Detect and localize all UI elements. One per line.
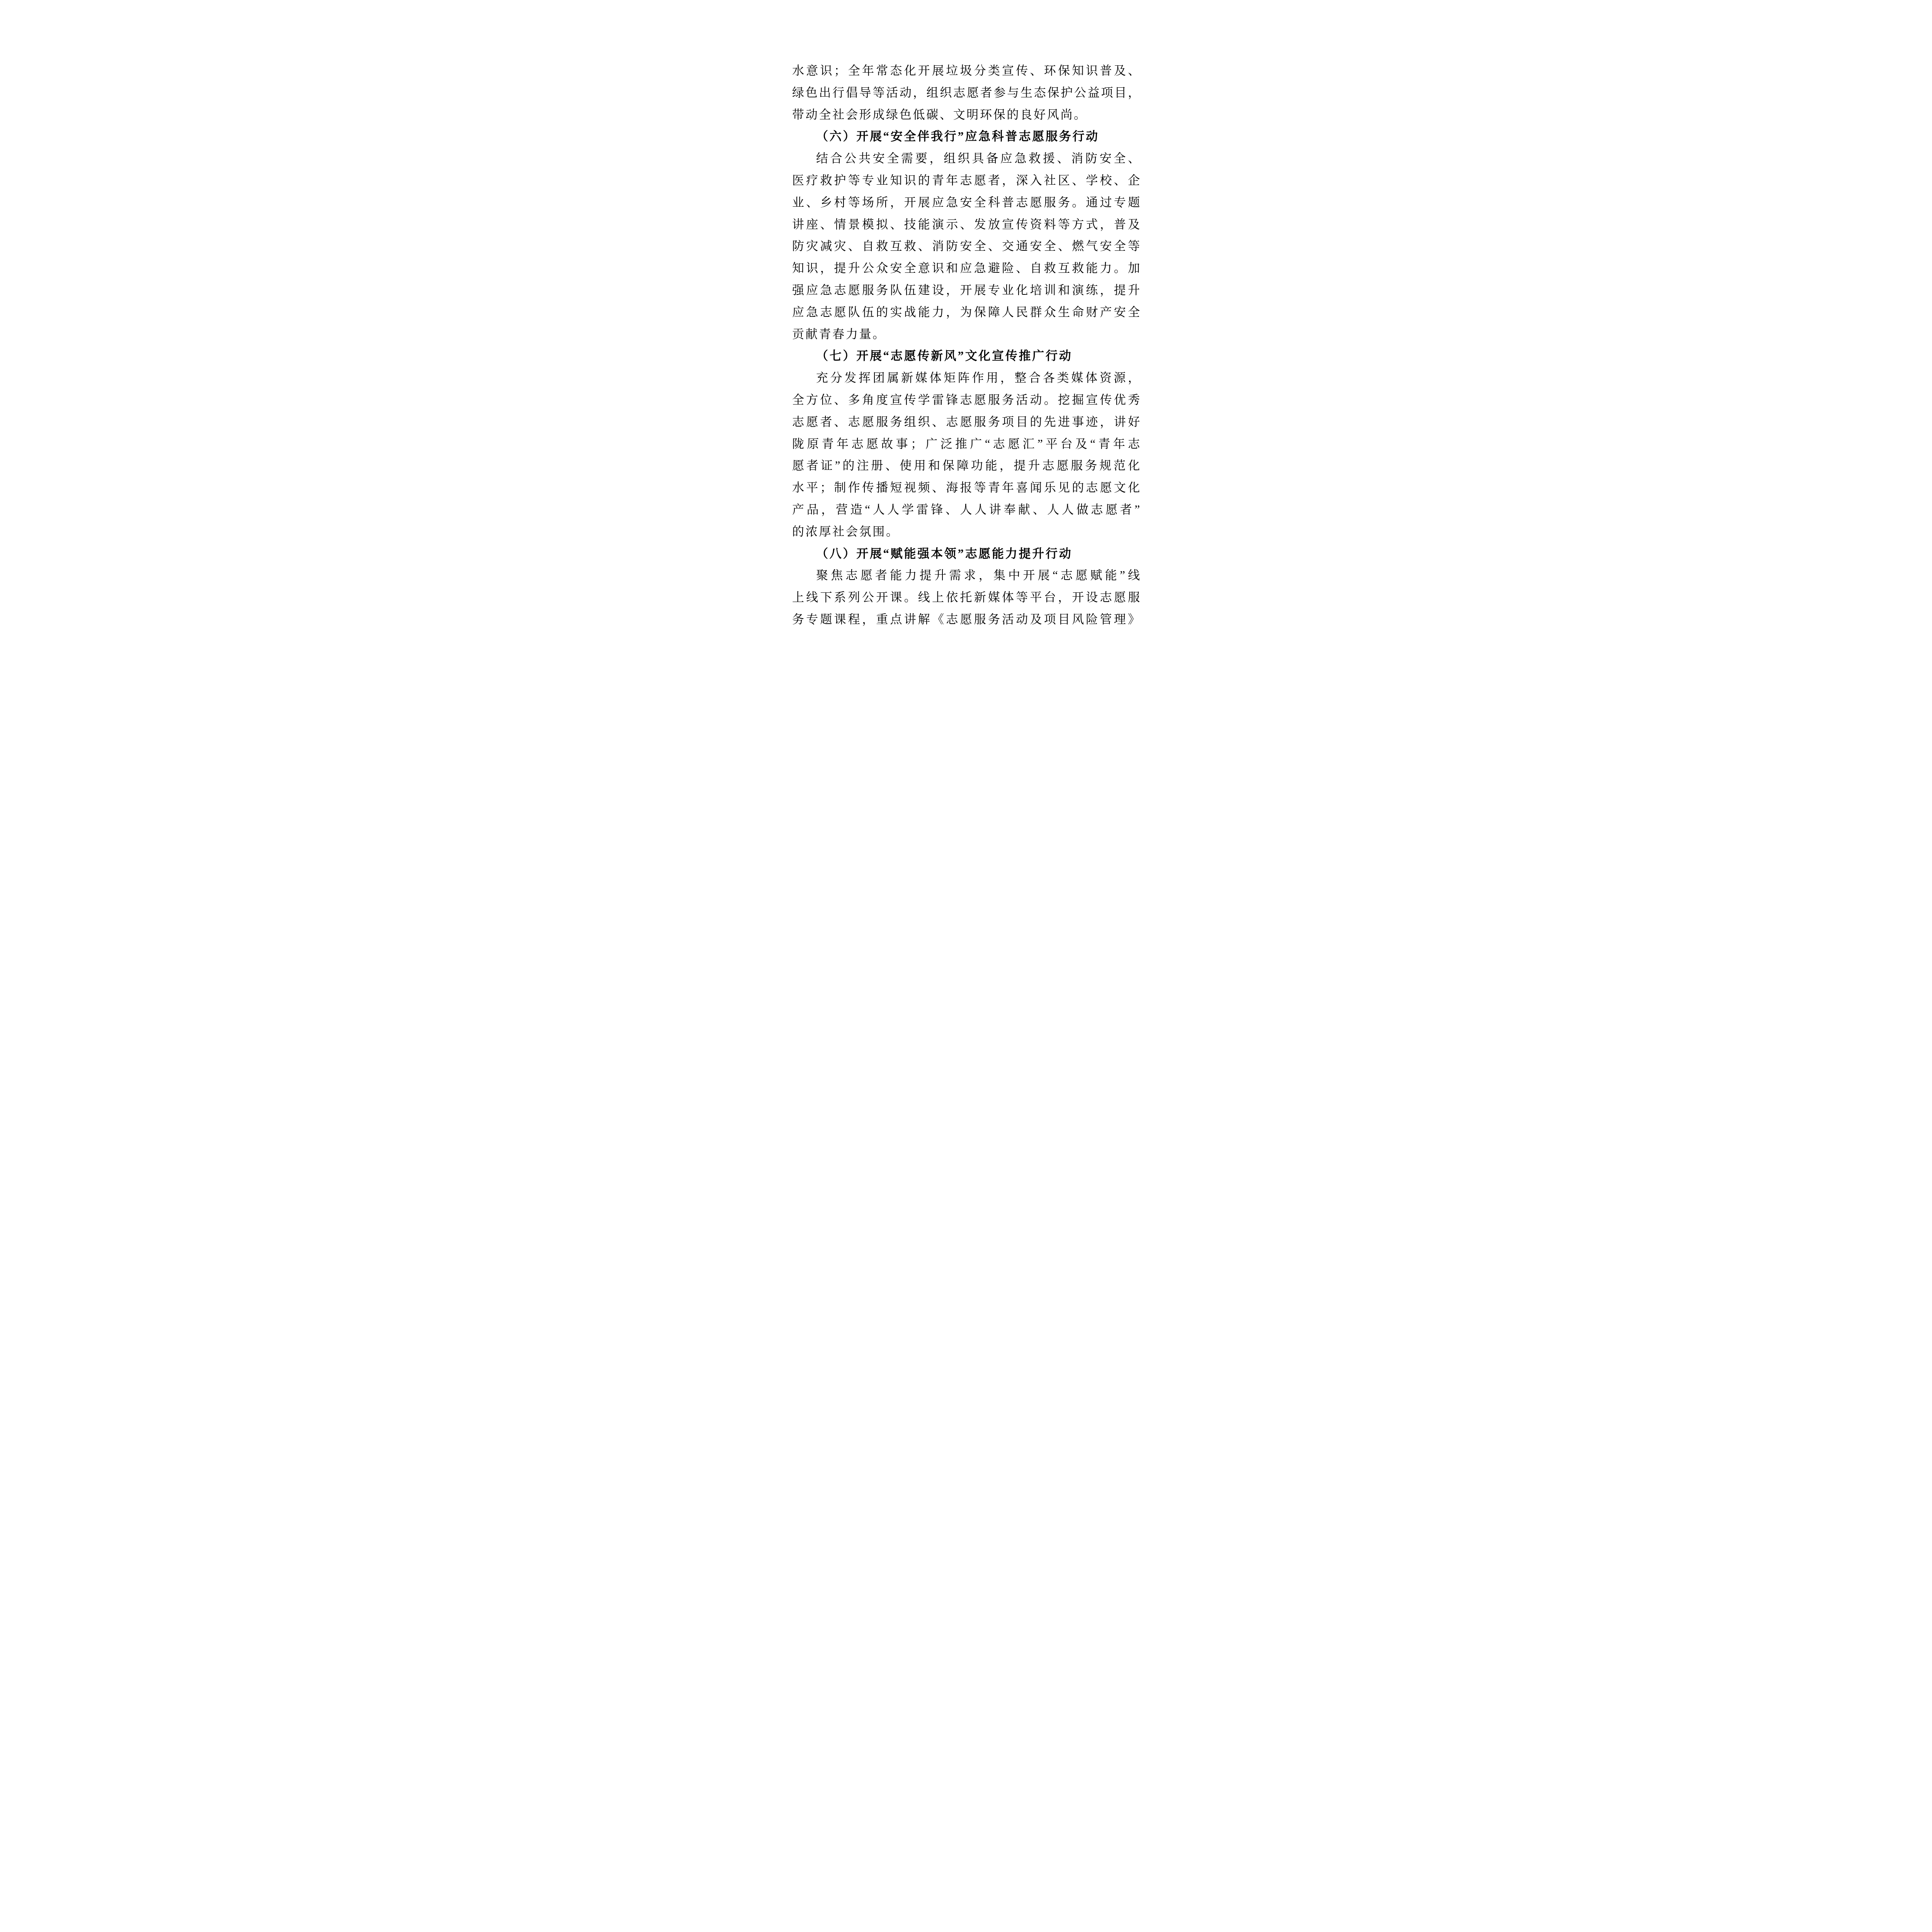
document-body: 水意识；全年常态化开展垃圾分类宣传、环保知识普及、绿色出行倡导等活动，组织志愿者… xyxy=(719,0,1213,631)
body-text-line: 带动全社会形成绿色低碳、文明环保的良好风尚。 xyxy=(792,104,1140,126)
body-text-line: 志愿者、志愿服务组织、志愿服务项目的先进事迹，讲好 xyxy=(792,411,1140,433)
body-text-line: 绿色出行倡导等活动，组织志愿者参与生态保护公益项目， xyxy=(792,82,1140,104)
body-text-line: 贡献青春力量。 xyxy=(792,323,1140,345)
body-text-line: 知识，提升公众安全意识和应急避险、自救互救能力。加 xyxy=(792,257,1140,279)
body-text-line: 愿者证”的注册、使用和保障功能，提升志愿服务规范化 xyxy=(792,455,1140,477)
document-page: 水意识；全年常态化开展垃圾分类宣传、环保知识普及、绿色出行倡导等活动，组织志愿者… xyxy=(719,0,1213,700)
body-text-line: 全方位、多角度宣传学雷锋志愿服务活动。挖掘宣传优秀 xyxy=(792,389,1140,411)
body-text-line: 上线下系列公开课。线上依托新媒体等平台，开设志愿服 xyxy=(792,587,1140,609)
body-text-line: 充分发挥团属新媒体矩阵作用，整合各类媒体资源， xyxy=(792,367,1140,389)
body-text-line: 医疗救护等专业知识的青年志愿者，深入社区、学校、企 xyxy=(792,170,1140,192)
heading-line: （六）开展“安全伴我行”应急科普志愿服务行动 xyxy=(792,126,1140,148)
body-text-line: 防灾减灾、自救互救、消防安全、交通安全、燃气安全等 xyxy=(792,235,1140,257)
body-text-line: 水平；制作传播短视频、海报等青年喜闻乐见的志愿文化 xyxy=(792,477,1140,499)
heading-line: （七）开展“志愿传新风”文化宣传推广行动 xyxy=(792,345,1140,367)
body-text-line: 讲座、情景模拟、技能演示、发放宣传资料等方式，普及 xyxy=(792,214,1140,236)
body-text-line: 结合公共安全需要，组织具备应急救援、消防安全、 xyxy=(792,148,1140,170)
body-text-line: 应急志愿队伍的实战能力，为保障人民群众生命财产安全 xyxy=(792,301,1140,323)
body-text-line: 强应急志愿服务队伍建设，开展专业化培训和演练，提升 xyxy=(792,279,1140,301)
body-text-line: 产品，营造“人人学雷锋、人人讲奉献、人人做志愿者” xyxy=(792,499,1140,521)
body-text-line: 业、乡村等场所，开展应急安全科普志愿服务。通过专题 xyxy=(792,192,1140,214)
body-text-line: 水意识；全年常态化开展垃圾分类宣传、环保知识普及、 xyxy=(792,60,1140,82)
heading-line: （八）开展“赋能强本领”志愿能力提升行动 xyxy=(792,543,1140,565)
body-text-line: 陇原青年志愿故事；广泛推广“志愿汇”平台及“青年志 xyxy=(792,433,1140,455)
body-text-line: 的浓厚社会氛围。 xyxy=(792,521,1140,543)
body-text-line: 务专题课程，重点讲解《志愿服务活动及项目风险管理》 xyxy=(792,609,1140,631)
body-text-line: 聚焦志愿者能力提升需求，集中开展“志愿赋能”线 xyxy=(792,565,1140,587)
